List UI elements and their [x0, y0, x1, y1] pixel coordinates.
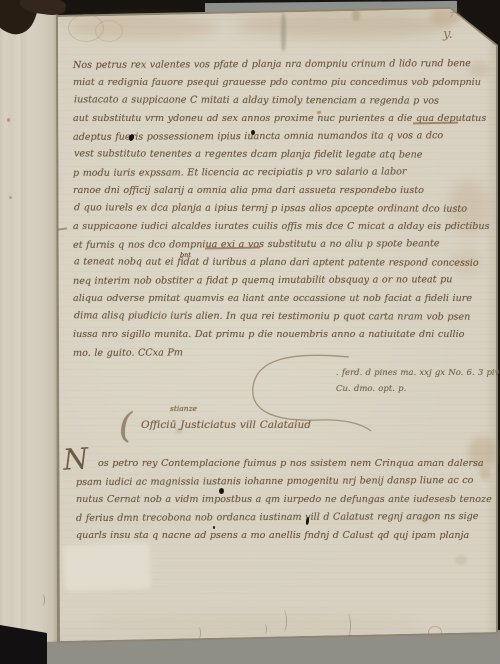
manuscript-line: d quo iurels ex dca planja a ipius termj… [74, 199, 472, 218]
edge-speck [7, 118, 10, 122]
ink-blot [219, 488, 224, 494]
pencil-mark [280, 610, 287, 632]
foxing-spot [455, 555, 467, 565]
manuscript-line: os petro rey Contemplacione fuimus p nos… [76, 455, 468, 473]
ring-stain [428, 626, 442, 638]
manuscript-line: iustacato a suppicaone C mitati a alday … [74, 91, 472, 110]
stain [235, 13, 450, 39]
manuscript-line: dima alisq piudicio iuris alien. In qua … [74, 307, 472, 326]
manuscript-line: a suppicaone iudici alcaldes iurates cui… [73, 218, 471, 236]
pencil-mark [344, 614, 351, 638]
section-heading: Officiū Justiciatus vill Calataiud [141, 419, 311, 431]
manuscript-photo: bnt 7 y. Nos petrus rex valentes vos pfa… [0, 0, 500, 664]
manuscript-line: ranoe dni officij salarij a omnia alia p… [73, 182, 471, 200]
stain [430, 8, 460, 26]
manuscript-line: miat a redignia fauore psequi grauesse p… [73, 74, 471, 92]
manuscript-line: neq interim nob obstiter a fidat p quemq… [73, 271, 471, 291]
manuscript-line: iussa nro sigillo munita. Dat primu p di… [73, 326, 471, 344]
manuscript-line: psam iudici ac magnissia iustanis iohann… [76, 472, 468, 492]
ink-blot [251, 130, 255, 135]
inserted-correction: bnt [180, 251, 191, 259]
manuscript-line: vest substituto tenentes a regentes dcam… [74, 145, 472, 164]
corner-mark: 7 [449, 11, 454, 20]
manuscript-line: quarls insu sta q nacne ad psens a mo an… [76, 527, 468, 545]
ink-blot [213, 526, 215, 529]
manuscript-line: p modu iuris expssam. Et licencia ac rec… [73, 163, 471, 183]
pencil-mark [196, 627, 201, 639]
stain [352, 9, 360, 21]
heading-bracket: ( [117, 406, 134, 447]
manuscript-line: a teneat nobq aut ei fidat d iuribus a p… [74, 253, 472, 272]
heading-superscript: stianze [170, 404, 197, 413]
manuscript-line: aliqua odverse pmitat quamvis ea liant a… [73, 290, 471, 308]
edge-speck [9, 196, 12, 199]
manuscript-line: et furnis q nos dco dompniua exi a vos s… [73, 235, 471, 255]
stain [468, 60, 490, 78]
curl-outline [95, 20, 123, 42]
main-text-block: Nos petrus rex valentes vos pfate d plan… [73, 56, 471, 362]
drip-stain [281, 13, 286, 51]
manuscript-line: aut substitutu vrm ydoneu ad sex annos p… [73, 110, 471, 128]
pencil-mark [262, 624, 267, 634]
manuscript-line: d ferius dmn trecobona nob ordanca iusti… [76, 508, 468, 528]
note-line: . ferd. d pines ma. xxj gx No. 6. 3 pive… [336, 365, 500, 381]
book-page-edges [0, 6, 58, 642]
pencil-mark [40, 594, 45, 606]
manuscript-line: Nos petrus rex valentes vos pfate d plan… [73, 55, 471, 75]
registrar-note: . ferd. d pines ma. xxj gx No. 6. 3 pive… [336, 365, 500, 397]
repair-patch [63, 543, 151, 592]
folio-number: y. [443, 27, 453, 42]
lower-text-block: os petro rey Contemplacione fuimus p nos… [76, 455, 468, 545]
manuscript-line: nutus Cernat nob a vidm impostbus a qm i… [76, 491, 468, 509]
note-line: Cu. dmo. opt. p. [336, 381, 500, 397]
stain [90, 612, 420, 632]
